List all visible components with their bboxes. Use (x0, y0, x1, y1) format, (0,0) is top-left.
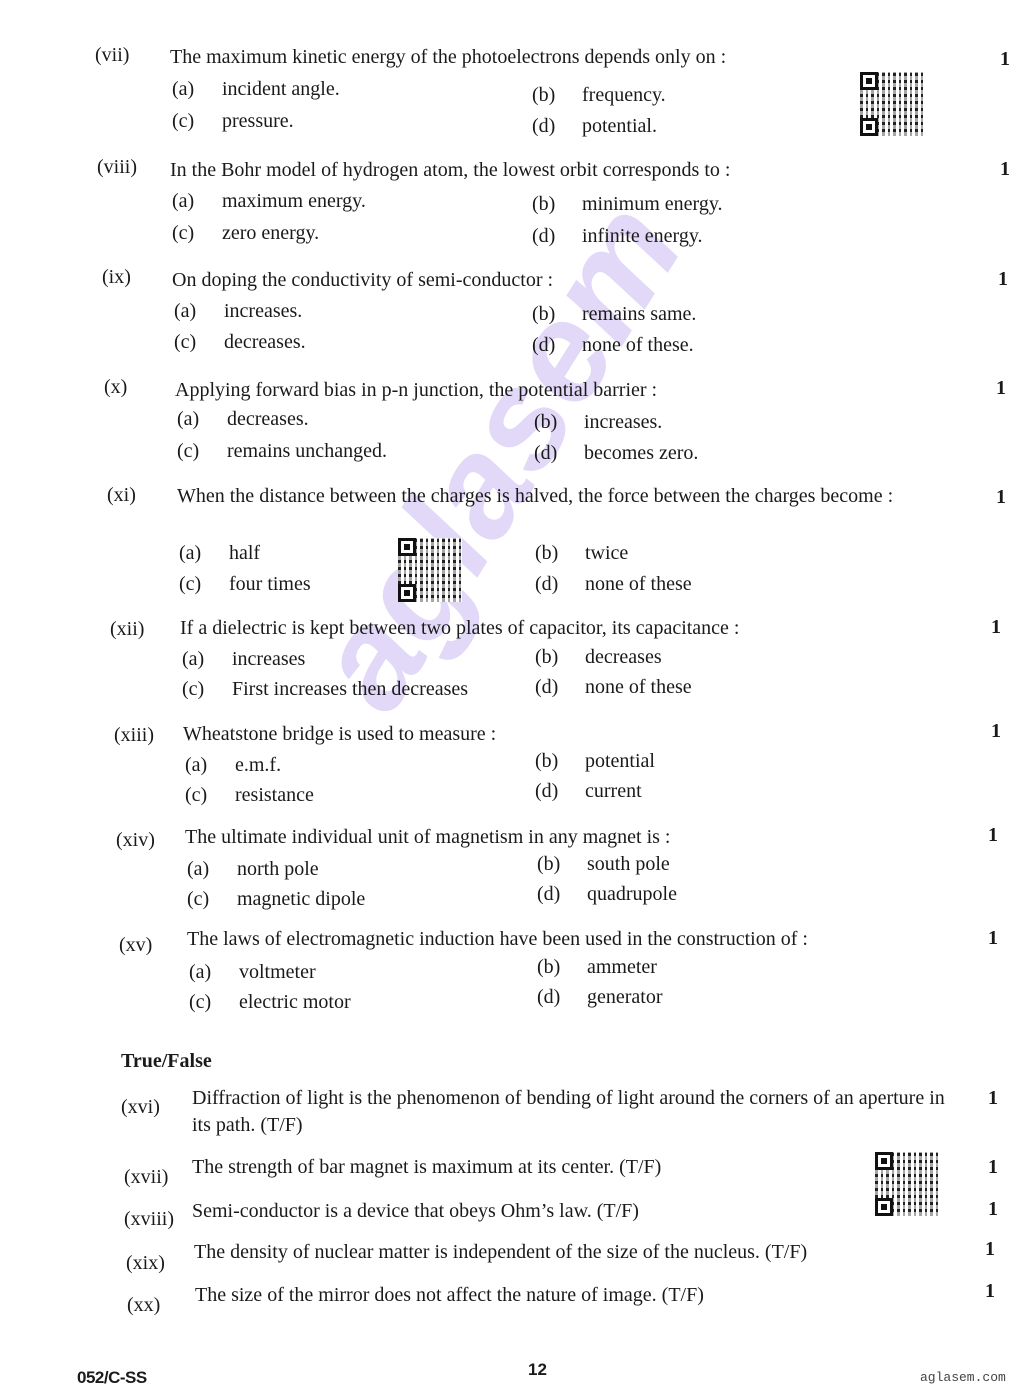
question-text: On doping the conductivity of semi-condu… (172, 267, 553, 294)
option-b: (b)increases. (534, 411, 662, 434)
option-c: (c)resistance (185, 784, 314, 807)
question-number: (vii) (95, 44, 129, 67)
question-number: (xiii) (114, 724, 154, 747)
question-mark: 1 (988, 1087, 998, 1110)
question-number: (ix) (102, 266, 131, 289)
question-mark: 1 (996, 377, 1006, 400)
source-site: aglasem.com (920, 1370, 1006, 1385)
question-number: (xiv) (116, 829, 155, 852)
option-b: (b)ammeter (537, 956, 657, 979)
question-text: Wheatstone bridge is used to measure : (183, 721, 496, 748)
option-b: (b)twice (535, 542, 628, 565)
option-d: (d)current (535, 780, 642, 803)
question-mark: 1 (988, 1198, 998, 1221)
qr-code-icon (875, 1152, 939, 1216)
question-mark: 1 (988, 824, 998, 847)
question-text: The maximum kinetic energy of the photoe… (170, 44, 726, 71)
question-number: (xi) (107, 484, 136, 507)
option-d: (d)generator (537, 986, 663, 1009)
question-text: When the distance between the charges is… (177, 483, 967, 510)
question-text: The strength of bar magnet is maximum at… (192, 1154, 661, 1181)
option-a: (a)north pole (187, 858, 319, 881)
question-text: The density of nuclear matter is indepen… (194, 1239, 807, 1266)
option-c: (c)four times (179, 573, 311, 596)
option-c: (c)First increases then decreases (182, 678, 468, 701)
question-number: (xvi) (121, 1096, 160, 1119)
option-b: (b)south pole (537, 853, 670, 876)
option-d: (d)none of these (535, 676, 692, 699)
page-number: 12 (528, 1360, 547, 1380)
question-mark: 1 (996, 486, 1006, 509)
question-number: (x) (104, 376, 127, 399)
question-mark: 1 (985, 1280, 995, 1303)
qr-code-icon (398, 538, 462, 602)
option-b: (b)minimum energy. (532, 193, 723, 216)
option-a: (a)half (179, 542, 260, 565)
option-c: (c)electric motor (189, 991, 351, 1014)
option-a: (a)maximum energy. (172, 190, 366, 213)
option-a: (a)e.m.f. (185, 754, 281, 777)
question-mark: 1 (988, 1156, 998, 1179)
option-c: (c)decreases. (174, 331, 306, 354)
question-text: In the Bohr model of hydrogen atom, the … (170, 157, 730, 184)
question-mark: 1 (985, 1238, 995, 1261)
option-d: (d)infinite energy. (532, 225, 703, 248)
question-number: (xviii) (124, 1208, 174, 1231)
option-d: (d)quadrupole (537, 883, 677, 906)
option-d: (d)none of these. (532, 334, 694, 357)
question-number: (xx) (127, 1294, 160, 1317)
option-b: (b)remains same. (532, 303, 696, 326)
question-text: If a dielectric is kept between two plat… (180, 615, 740, 642)
question-text: Applying forward bias in p-n junction, t… (175, 377, 657, 404)
option-c: (c)pressure. (172, 110, 294, 133)
question-text: Diffraction of light is the phenomenon o… (192, 1085, 957, 1139)
qr-code-icon (860, 72, 924, 136)
question-mark: 1 (991, 616, 1001, 639)
option-a: (a)increases. (174, 300, 302, 323)
option-a: (a)decreases. (177, 408, 309, 431)
option-d: (d)becomes zero. (534, 442, 698, 465)
paper-code: 052/C-SS (77, 1368, 147, 1388)
question-number: (xii) (110, 618, 144, 641)
question-text: The ultimate individual unit of magnetis… (185, 824, 670, 851)
question-mark: 1 (998, 268, 1008, 291)
section-heading-true-false: True/False (121, 1050, 212, 1073)
question-text: Semi-conductor is a device that obeys Oh… (192, 1198, 639, 1225)
option-c: (c)zero energy. (172, 222, 319, 245)
question-text: The size of the mirror does not affect t… (195, 1282, 704, 1309)
option-d: (d)none of these (535, 573, 692, 596)
question-number: (xvii) (124, 1166, 168, 1189)
option-b: (b)frequency. (532, 84, 666, 107)
question-mark: 1 (1000, 48, 1010, 71)
question-number: (xix) (126, 1252, 165, 1275)
option-c: (c)remains unchanged. (177, 440, 387, 463)
option-a: (a)voltmeter (189, 961, 316, 984)
question-mark: 1 (988, 927, 998, 950)
question-mark: 1 (1000, 158, 1010, 181)
option-b: (b)potential (535, 750, 655, 773)
option-c: (c)magnetic dipole (187, 888, 365, 911)
question-mark: 1 (991, 720, 1001, 743)
question-number: (viii) (97, 156, 137, 179)
option-d: (d)potential. (532, 115, 657, 138)
option-b: (b)decreases (535, 646, 662, 669)
question-number: (xv) (119, 934, 152, 957)
question-text: The laws of electromagnetic induction ha… (187, 926, 808, 953)
option-a: (a)incident angle. (172, 78, 340, 101)
option-a: (a)increases (182, 648, 305, 671)
